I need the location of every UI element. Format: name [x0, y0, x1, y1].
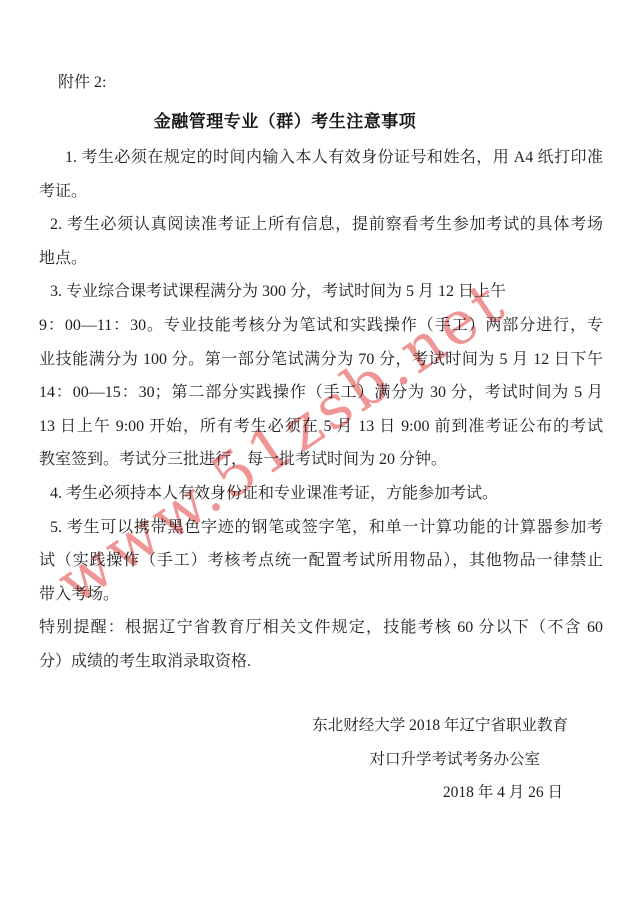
body-line: 13 日上午 9:00 开始，所有考生必须在 5 月 13 日 9:00 前到准… — [39, 410, 603, 444]
signature-line: 2018 年 4 月 26 日 — [39, 776, 603, 810]
signature-line: 对口升学考试考务办公室 — [39, 743, 603, 777]
body-line: 特别提醒：根据辽宁省教育厅相关文件规定，技能考核 60 分以下（不含 60 — [39, 611, 603, 645]
body-line: 考证。 — [39, 175, 603, 209]
body-line: 4. 考生必须持本人有效身份证和专业课准考证，方能参加考试。 — [39, 477, 603, 511]
body-line: 2. 考生必须认真阅读准考证上所有信息，提前察看考生参加考试的具体考场 — [39, 208, 603, 242]
document-page: www.51zsb.net 附件 2: 金融管理专业（群）考生注意事项 1. 考… — [0, 0, 640, 906]
body-line: 地点。 — [39, 242, 603, 276]
body-line: 带入考场。 — [39, 578, 603, 612]
body-line: 分）成绩的考生取消录取资格. — [39, 645, 603, 679]
page-title: 金融管理专业（群）考生注意事项 — [4, 107, 566, 132]
body-line: 5. 考生可以携带黑色字迹的钢笔或签字笔，和单一计算功能的计算器参加考 — [39, 511, 603, 545]
body-line: 3. 专业综合课考试课程满分为 300 分，考试时间为 5 月 12 日上午 — [39, 275, 603, 309]
body-line: 14：00—15：30；第二部分实践操作（手工）满分为 30 分，考试时间为 5… — [39, 376, 603, 410]
signature-line: 东北财经大学 2018 年辽宁省职业教育 — [39, 709, 603, 743]
document-body: 1. 考生必须在规定的时间内输入本人有效身份证号和姓名，用 A4 纸打印准 考证… — [39, 141, 603, 679]
signature-block: 东北财经大学 2018 年辽宁省职业教育 对口升学考试考务办公室 2018 年 … — [39, 709, 603, 810]
body-line: 试（实践操作（手工）考核考点统一配置考试所用物品），其他物品一律禁止 — [39, 544, 603, 578]
body-line: 1. 考生必须在规定的时间内输入本人有效身份证号和姓名，用 A4 纸打印准 — [39, 141, 603, 175]
body-line: 教室签到。考试分三批进行，每一批考试时间为 20 分钟。 — [39, 443, 603, 477]
body-line: 业技能满分为 100 分。第一部分笔试满分为 70 分，考试时间为 5 月 12… — [39, 343, 603, 377]
body-line: 9：00—11：30。专业技能考核分为笔试和实践操作（手工）两部分进行，专 — [39, 309, 603, 343]
attachment-label: 附件 2: — [58, 72, 106, 94]
